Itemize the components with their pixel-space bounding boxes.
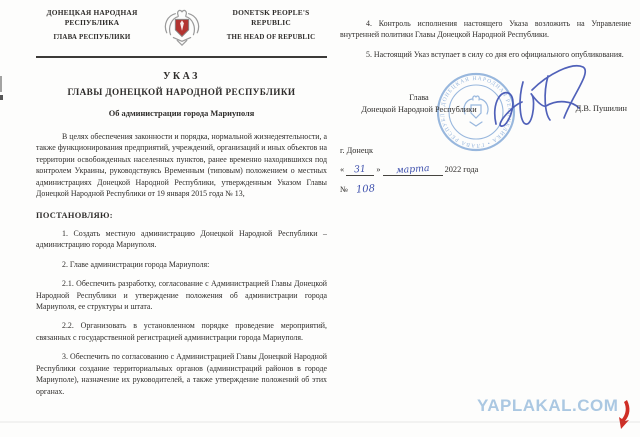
- decree-item-1: 1. Создать местную администрацию Донецко…: [36, 228, 327, 251]
- yaplakal-watermark: YAPLAKAL.COM: [477, 396, 618, 416]
- letterhead: ДОНЕЦКАЯ НАРОДНАЯ РЕСПУБЛИКА ГЛАВА РЕСПУ…: [36, 8, 327, 50]
- coat-of-arms-icon: [161, 6, 203, 50]
- letterhead-ru-line1: ДОНЕЦКАЯ НАРОДНАЯ: [36, 8, 148, 18]
- signing-place: г. Донецк: [340, 146, 373, 155]
- letterhead-russian: ДОНЕЦКАЯ НАРОДНАЯ РЕСПУБЛИКА ГЛАВА РЕСПУ…: [36, 8, 148, 41]
- date-month-handwritten: марта: [395, 163, 429, 176]
- signer-position: Глава Донецкой Народной Республики: [340, 92, 498, 117]
- scan-artifact-left-edge: [0, 76, 2, 92]
- letterhead-rule: [36, 56, 327, 58]
- letterhead-english: DONETSK PEOPLE'S REPUBLIC THE HEAD OF RE…: [215, 8, 327, 41]
- decree-item-4: 4. Контроль исполнения настоящего Указа …: [340, 18, 631, 41]
- decree-title: УКАЗ: [36, 71, 327, 82]
- decree-number: № 108: [340, 184, 375, 195]
- decree-title-issuer: ГЛАВЫ ДОНЕЦКОЙ НАРОДНОЙ РЕСПУБЛИКИ: [36, 87, 327, 97]
- decree-item-5: 5. Настоящий Указ вступает в силу со дня…: [340, 49, 631, 60]
- decree-page-1: ДОНЕЦКАЯ НАРОДНАЯ РЕСПУБЛИКА ГЛАВА РЕСПУ…: [36, 8, 327, 397]
- letterhead-en-line3: THE HEAD OF REPUBLIC: [215, 34, 327, 41]
- decree-item-2-2: 2.2. Организовать в установленном порядк…: [36, 320, 327, 343]
- preamble-paragraph: В целях обеспечения законности и порядка…: [36, 131, 327, 200]
- decree-item-3: 3. Обеспечить по согласованию с Админист…: [36, 351, 327, 397]
- scan-artifact-left-mark: [0, 95, 3, 100]
- signing-date: « 31 » марта 2022 года: [340, 164, 478, 176]
- date-year: 2022 года: [445, 165, 479, 174]
- letterhead-en-line1: DONETSK PEOPLE'S: [215, 8, 327, 18]
- signer-position-line1: Глава: [340, 92, 498, 104]
- number-sign: №: [340, 185, 348, 194]
- scanned-decree-document: ДОНЕЦКАЯ НАРОДНАЯ РЕСПУБЛИКА ГЛАВА РЕСПУ…: [0, 0, 640, 437]
- number-value-handwritten: 108: [356, 183, 376, 195]
- resolve-word: ПОСТАНОВЛЯЮ:: [36, 211, 327, 220]
- signer-name: Д.В. Пушилин: [576, 104, 627, 113]
- letterhead-ru-line3: ГЛАВА РЕСПУБЛИКИ: [36, 34, 148, 41]
- signer-position-line2: Донецкой Народной Республики: [340, 104, 498, 116]
- date-close-quote: »: [376, 165, 380, 174]
- letterhead-ru-line2: РЕСПУБЛИКА: [36, 18, 148, 28]
- decree-subject: Об администрации города Мариуполя: [36, 109, 327, 118]
- date-open-quote: «: [340, 165, 344, 174]
- decree-item-2-1: 2.1. Обеспечить разработку, согласование…: [36, 278, 327, 312]
- date-day-handwritten: 31: [354, 164, 367, 176]
- scan-artifact-bottom-streak: [0, 421, 640, 423]
- decree-page-2: 4. Контроль исполнения настоящего Указа …: [340, 18, 631, 428]
- letterhead-en-line2: REPUBLIC: [215, 18, 327, 28]
- red-down-arrow-icon: [612, 399, 634, 436]
- decree-item-2: 2. Главе администрации города Мариуполя:: [36, 259, 327, 270]
